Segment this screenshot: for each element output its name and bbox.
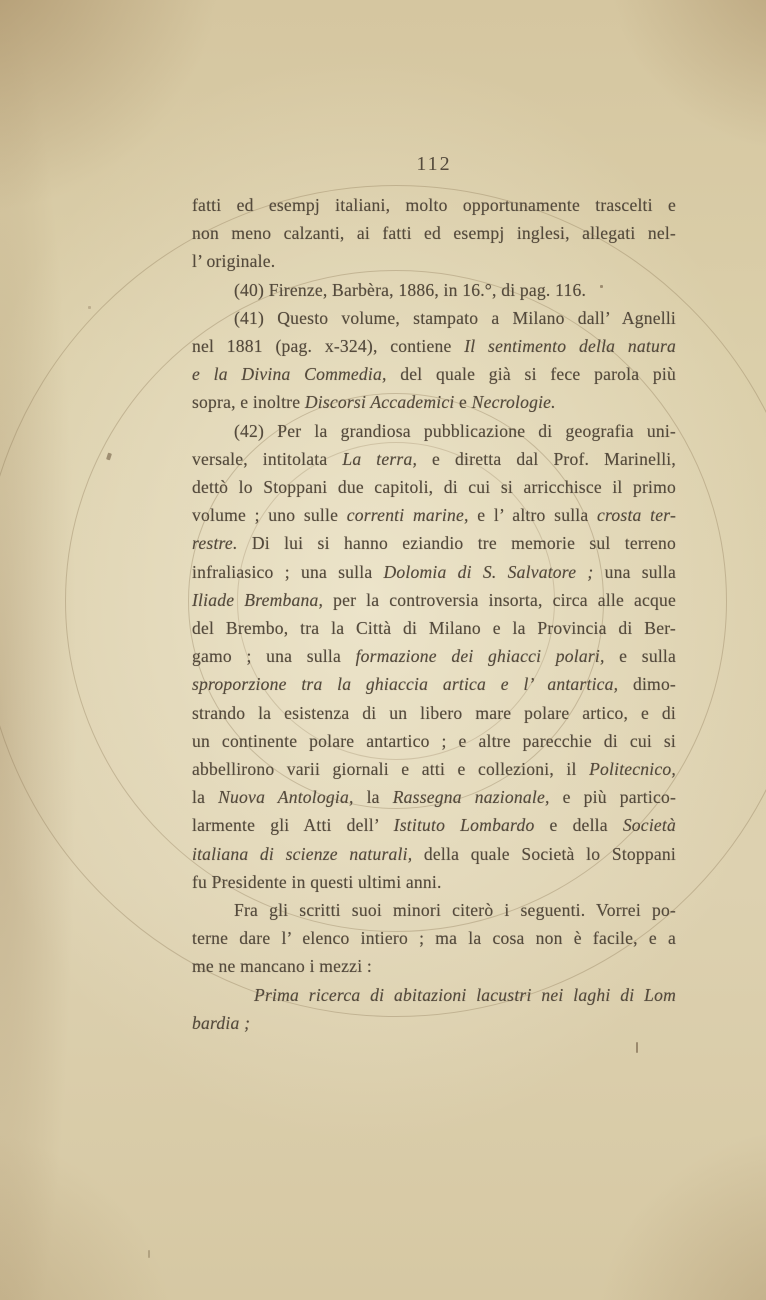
text-line: abbellirono varii giornali e atti e coll…	[192, 755, 676, 783]
text-run-italic: Società	[623, 815, 676, 835]
text-run: volume ; uno sulle	[192, 505, 347, 525]
text-run: e sulla	[605, 646, 676, 666]
text-line: sproporzione tra la ghiaccia artica e l’…	[192, 670, 676, 698]
text-run-italic: Iliade Brembana,	[192, 590, 323, 610]
text-run: e	[454, 392, 471, 412]
text-run: non meno calzanti, ai fatti ed esempj in…	[192, 223, 676, 243]
text-line: nel 1881 (pag. x-324), contiene Il senti…	[192, 332, 676, 360]
text-run-italic: Il sentimento della natura	[464, 336, 676, 356]
text-run: larmente gli Atti dell’	[192, 815, 394, 835]
text-line: versale, intitolata La terra, e diretta …	[192, 445, 676, 473]
text-line: (42) Per la grandiosa pubblicazione di g…	[192, 417, 676, 445]
text-run: (41) Questo volume, stampato a Milano da…	[234, 308, 676, 328]
text-run: strando la esistenza di un libero mare p…	[192, 703, 676, 723]
paper-speck	[636, 1042, 638, 1053]
text-line: Fra gli scritti suoi minori citerò i seg…	[192, 896, 676, 924]
text-run-italic: Necrologie.	[472, 392, 556, 412]
text-line: infraliasico ; una sulla Dolomia di S. S…	[192, 558, 676, 586]
paper-speck	[106, 453, 112, 461]
text-line: (40) Firenze, Barbèra, 1886, in 16.°, di…	[192, 276, 676, 304]
text-run: gamo ; una sulla	[192, 646, 356, 666]
text-line: non meno calzanti, ai fatti ed esempj in…	[192, 219, 676, 247]
text-run: sopra, e inoltre	[192, 392, 305, 412]
text-run-italic: La terra,	[342, 449, 417, 469]
text-line: volume ; uno sulle correnti marine, e l’…	[192, 501, 676, 529]
text-run: me ne mancano i mezzi :	[192, 956, 372, 976]
text-run: un continente polare antartico ; e altre…	[192, 731, 676, 751]
text-line: dettò lo Stoppani due capitoli, di cui s…	[192, 473, 676, 501]
text-run-italic: formazione dei ghiacci polari,	[356, 646, 605, 666]
text-run: del quale già si fece parola più	[387, 364, 676, 384]
text-run: versale, intitolata	[192, 449, 342, 469]
text-run: Fra gli scritti suoi minori citerò i seg…	[234, 900, 676, 920]
text-line: la Nuova Antologia, la Rassegna nazional…	[192, 783, 676, 811]
text-run: terne dare l’ elenco intiero ; ma la cos…	[192, 928, 676, 948]
text-run-italic: Dolomia di S. Salvatore ;	[384, 562, 594, 582]
text-run: per la controversia insorta, circa alle …	[323, 590, 676, 610]
text-run: e della	[534, 815, 622, 835]
text-line: bardia ;	[192, 1009, 676, 1037]
paper-speck	[148, 1250, 150, 1258]
text-run: fatti ed esempj italiani, molto opportun…	[192, 195, 676, 215]
text-run-italic: crosta ter-	[597, 505, 676, 525]
text-line: fatti ed esempj italiani, molto opportun…	[192, 191, 676, 219]
text-line: e la Divina Commedia, del quale già si f…	[192, 360, 676, 388]
book-page: 112 fatti ed esempj italiani, molto oppo…	[0, 0, 766, 1300]
text-run-italic: italiana di scienze naturali,	[192, 844, 412, 864]
text-line: Iliade Brembana, per la controversia ins…	[192, 586, 676, 614]
text-line: (41) Questo volume, stampato a Milano da…	[192, 304, 676, 332]
text-run-italic: Nuova Antologia,	[218, 787, 353, 807]
text-line: fu Presidente in questi ultimi anni.	[192, 868, 676, 896]
text-run-italic: sproporzione tra la ghiaccia artica e l’…	[192, 674, 618, 694]
text-run: l’ originale.	[192, 251, 275, 271]
text-run-italic: correnti marine,	[347, 505, 469, 525]
text-line: Prima ricerca di abitazioni lacustri nei…	[192, 981, 676, 1009]
text-run: della quale Società lo Stoppani	[412, 844, 676, 864]
text-line: terne dare l’ elenco intiero ; ma la cos…	[192, 924, 676, 952]
text-run: (40) Firenze, Barbèra, 1886, in 16.°, di…	[234, 280, 586, 300]
text-line: gamo ; una sulla formazione dei ghiacci …	[192, 642, 676, 670]
text-line: italiana di scienze naturali, della qual…	[192, 840, 676, 868]
paper-speck	[88, 306, 91, 309]
text-run: abbellirono varii giornali e atti e coll…	[192, 759, 589, 779]
text-run: fu Presidente in questi ultimi anni.	[192, 872, 442, 892]
text-line: del Brembo, tra la Città di Milano e la …	[192, 614, 676, 642]
text-run: e più partico-	[550, 787, 676, 807]
text-run-italic: restre.	[192, 533, 238, 553]
text-run: la	[354, 787, 393, 807]
text-line: me ne mancano i mezzi :	[192, 952, 676, 980]
text-run: infraliasico ; una sulla	[192, 562, 384, 582]
text-run-italic: Rassegna nazionale,	[393, 787, 550, 807]
text-run-italic: Istituto Lombardo	[394, 815, 535, 835]
text-line: un continente polare antartico ; e altre…	[192, 727, 676, 755]
text-run-italic: Politecnico,	[589, 759, 676, 779]
text-run-italic: Prima ricerca di abitazioni lacustri nei…	[254, 985, 676, 1005]
text-run: (42) Per la grandiosa pubblicazione di g…	[234, 421, 676, 441]
text-line: l’ originale.	[192, 247, 676, 275]
text-run-italic: Discorsi Accademici	[305, 392, 455, 412]
text-run: e diretta dal Prof. Marinelli,	[417, 449, 676, 469]
text-line: restre. Di lui si hanno eziandio tre mem…	[192, 529, 676, 557]
text-run: Di lui si hanno eziandio tre memorie sul…	[238, 533, 676, 553]
text-run: dimo-	[618, 674, 676, 694]
text-run: nel 1881 (pag. x-324), contiene	[192, 336, 464, 356]
text-line: larmente gli Atti dell’ Istituto Lombard…	[192, 811, 676, 839]
text-line: strando la esistenza di un libero mare p…	[192, 699, 676, 727]
text-run: e l’ altro sulla	[469, 505, 597, 525]
text-run: dettò lo Stoppani due capitoli, di cui s…	[192, 477, 676, 497]
text-run: del Brembo, tra la Città di Milano e la …	[192, 618, 676, 638]
page-body: fatti ed esempj italiani, molto opportun…	[192, 191, 676, 1037]
text-run-italic: e la Divina Commedia,	[192, 364, 387, 384]
text-run-italic: bardia ;	[192, 1013, 250, 1033]
page-number: 112	[192, 153, 676, 176]
text-line: sopra, e inoltre Discorsi Accademici e N…	[192, 388, 676, 416]
text-run: una sulla	[593, 562, 676, 582]
text-run: la	[192, 787, 218, 807]
